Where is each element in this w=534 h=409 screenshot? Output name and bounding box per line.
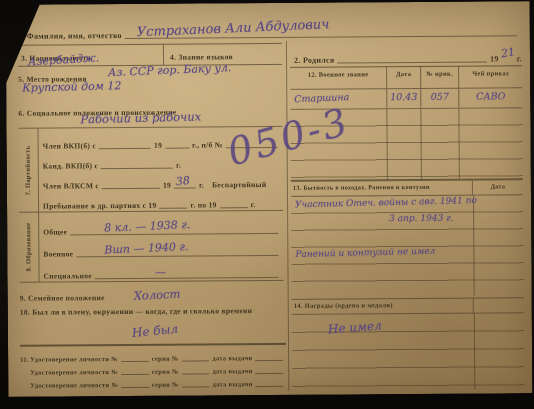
campaigns-body: Участник Отеч. войны с авг. 1941 по 3 ап… xyxy=(291,195,524,297)
rank-whose-header: Чей приказ xyxy=(458,66,522,87)
id-row3-blank1 xyxy=(121,387,149,388)
born-century: 19 xyxy=(490,54,499,63)
party-side-strip: 7. Партийность xyxy=(19,129,40,212)
education-special-blank: — xyxy=(95,277,279,279)
awards-date-cell xyxy=(474,298,524,312)
awards-date-divider xyxy=(474,314,476,390)
education-military-label: Военное xyxy=(43,249,73,258)
rank-col-divider-3 xyxy=(458,109,459,179)
party-other-post: г. xyxy=(251,200,256,209)
education-special-label: Специальное xyxy=(44,271,92,280)
party-line-other: Пребывание в др. партиях с 19 г. по 19 г… xyxy=(43,189,281,211)
family-value-handwritten: Холост xyxy=(133,287,180,303)
captivity-section: 10. Был ли в плену, окружении — когда, г… xyxy=(20,305,272,318)
family-section: 9. Семейное положение Холост xyxy=(20,285,284,303)
party-vlksm-blank2: 38 xyxy=(174,188,196,189)
campaigns-header: 13. Бытность в походах. Ранения и контуз… xyxy=(291,179,523,197)
registration-card: 1. Фамилия, имя, отчество Устраханов Али… xyxy=(6,1,533,397)
education-special-line: Специальное — xyxy=(43,257,281,281)
social-value-handwritten: Рабочий из рабочих xyxy=(80,109,201,126)
id-row2-blank3 xyxy=(256,373,284,374)
rank-title-header: 12. Военное звание xyxy=(290,67,386,89)
birthplace-section: 5. Место рождения Аз. ССР гор. Баку ул. … xyxy=(18,67,282,103)
captivity-label: 10. Был ли в плену, окружении — когда, г… xyxy=(20,305,272,318)
party-vkp-mid: 19 xyxy=(154,141,162,150)
rank-date-header: Дата xyxy=(386,67,420,88)
party-kand-pre: Канд. ВКП(б) с xyxy=(43,161,98,170)
party-vkp-pre: Член ВКП(б) с xyxy=(43,141,96,150)
born-year-handwritten: 21 xyxy=(500,45,516,60)
id-row1-blank1 xyxy=(121,361,149,362)
id-row1-blank2 xyxy=(182,360,210,361)
party-line-vlksm: Член ВЛКСМ с 19 38 г. Беспартийный xyxy=(43,169,281,191)
family-label: 9. Семейное положение xyxy=(20,293,105,303)
awards-section: 14. Награды (ордена и медали) Не имел xyxy=(292,297,525,391)
social-section: 6. Социальное положение и происхождение … xyxy=(18,101,282,129)
field-name-label: 1. Фамилия, имя, отчество xyxy=(18,31,122,41)
id-row2-issued: дата выдачи xyxy=(212,368,252,375)
education-special-value-handwritten: — xyxy=(155,266,166,279)
party-nonparty-label: Беспартийный xyxy=(212,180,266,189)
education-general-value-handwritten: 8 кл. — 1938 г. xyxy=(104,218,191,235)
campaigns-section: 13. Бытность в походах. Ранения и контуз… xyxy=(291,179,524,297)
awards-value-handwritten: Не имел xyxy=(327,318,382,336)
rank-col-divider-1 xyxy=(386,109,387,179)
nationality-languages-row: 3. Национальность Азербайдж. 4. Знание я… xyxy=(18,43,282,67)
party-vlksm-mid: 19 xyxy=(163,181,171,190)
rank-row1-order-handwritten: 057 xyxy=(420,89,458,108)
party-other-blank2 xyxy=(220,207,248,208)
party-kand-post: г. xyxy=(176,161,181,170)
campaigns-label: 13. Бытность в походах. Ранения и контуз… xyxy=(291,181,473,196)
id-row3-series: серия № xyxy=(152,382,179,389)
id-row1-blank3 xyxy=(255,360,283,361)
education-military-line: Военное Вшп — 1940 г. xyxy=(43,235,281,259)
nationality-cell: 3. Национальность Азербайдж. xyxy=(18,45,164,66)
field-name-value-handwritten: Устраханов Али Абдулович xyxy=(137,17,330,40)
id-row2-blank2 xyxy=(182,373,210,374)
education-lines: Общее 8 кл. — 1938 г. Военное Вшп — 1940… xyxy=(43,213,281,282)
born-label: 2. Родился xyxy=(294,56,335,65)
birthplace-line2-handwritten: Крупской дом 12 xyxy=(22,79,121,94)
rank-table-header: 12. Военное звание Дата № прик. Чей прик… xyxy=(290,66,522,90)
rank-order-header: № прик. xyxy=(420,67,458,88)
id-row1-issued: дата выдачи xyxy=(212,355,252,362)
awards-body: Не имел xyxy=(292,313,525,391)
field-name-line: Устраханов Али Абдулович xyxy=(125,35,517,39)
education-side-strip: 8. Образование xyxy=(19,213,39,282)
campaigns-line1-handwritten: Участник Отеч. войны с авг. 1941 по xyxy=(295,196,477,210)
awards-header: 14. Награды (ордена и медали) xyxy=(292,298,524,315)
left-column-divider-rule xyxy=(20,343,286,347)
party-vlksm-year-handwritten: 38 xyxy=(175,174,190,188)
campaigns-line3-handwritten: Ранений и контузий не имел xyxy=(295,247,435,260)
education-general-line: Общее 8 кл. — 1938 г. xyxy=(43,213,281,237)
party-side-label: 7. Партийность xyxy=(25,145,32,195)
id-documents-section: 11. Удостоверение личности № серия № дат… xyxy=(20,349,286,390)
born-row: 2. Родился 19 21 г. xyxy=(294,45,522,65)
id-row2-label: Удостоверение личности № xyxy=(30,369,118,377)
campaigns-date-header: Дата xyxy=(473,180,523,194)
field-name-row: 1. Фамилия, имя, отчество Устраханов Али… xyxy=(18,15,520,41)
party-other-mid: г. по 19 xyxy=(190,200,216,209)
education-military-value-handwritten: Вшп — 1940 г. xyxy=(104,240,189,257)
party-vkp-post: г., п/б № xyxy=(192,140,223,149)
party-other-pre: Пребывание в др. партиях с 19 xyxy=(43,201,157,211)
id-row3-issued: дата выдачи xyxy=(213,381,253,388)
education-general-label: Общее xyxy=(43,227,67,236)
campaigns-date-divider xyxy=(473,196,475,296)
id-row1-label: Удостоверение личности № xyxy=(30,356,118,364)
id-row2-blank1 xyxy=(121,374,149,375)
awards-label: 14. Награды (ордена и медали) xyxy=(292,299,474,314)
education-side-label: 8. Образование xyxy=(25,223,32,272)
born-year-suffix: г. xyxy=(517,54,522,63)
id-row-2: Удостоверение личности № серия № дата вы… xyxy=(20,362,286,377)
column-divider xyxy=(286,41,289,391)
party-vkp-blank2 xyxy=(165,148,189,149)
born-blank xyxy=(338,61,488,63)
rank-row1-whose-handwritten: САВО xyxy=(458,88,522,107)
id-row-3: Удостоверение личности № серия № дата вы… xyxy=(20,375,286,390)
education-section: 8. Образование Общее 8 кл. — 1938 г. Вое… xyxy=(19,211,283,283)
id-row3-label: Удостоверение личности № xyxy=(30,382,118,390)
rank-row1-date-handwritten: 10.43 xyxy=(386,89,420,108)
family-blank: Холост xyxy=(108,300,281,301)
id-row-1: 11. Удостоверение личности № серия № дат… xyxy=(20,349,286,364)
id-row1-number: 11. xyxy=(20,357,30,364)
rank-col-divider-2 xyxy=(420,109,421,179)
nationality-value-handwritten: Азербайдж. xyxy=(28,51,100,68)
id-row1-series: серия № xyxy=(152,356,179,363)
party-vlksm-post: г. xyxy=(199,180,204,189)
campaigns-line2-handwritten: 3 апр. 1943 г. xyxy=(389,214,453,224)
id-row3-blank3 xyxy=(256,386,284,387)
id-row2-series: серия № xyxy=(152,369,179,376)
captivity-value-handwritten: Не был xyxy=(131,322,178,340)
id-row3-blank2 xyxy=(182,386,210,387)
party-vlksm-pre: Член ВЛКСМ с xyxy=(43,181,99,190)
languages-label: 4. Знание языков xyxy=(170,52,233,61)
party-other-blank1 xyxy=(160,208,188,209)
photo-backdrop: 1. Фамилия, имя, отчество Устраханов Али… xyxy=(0,0,534,409)
